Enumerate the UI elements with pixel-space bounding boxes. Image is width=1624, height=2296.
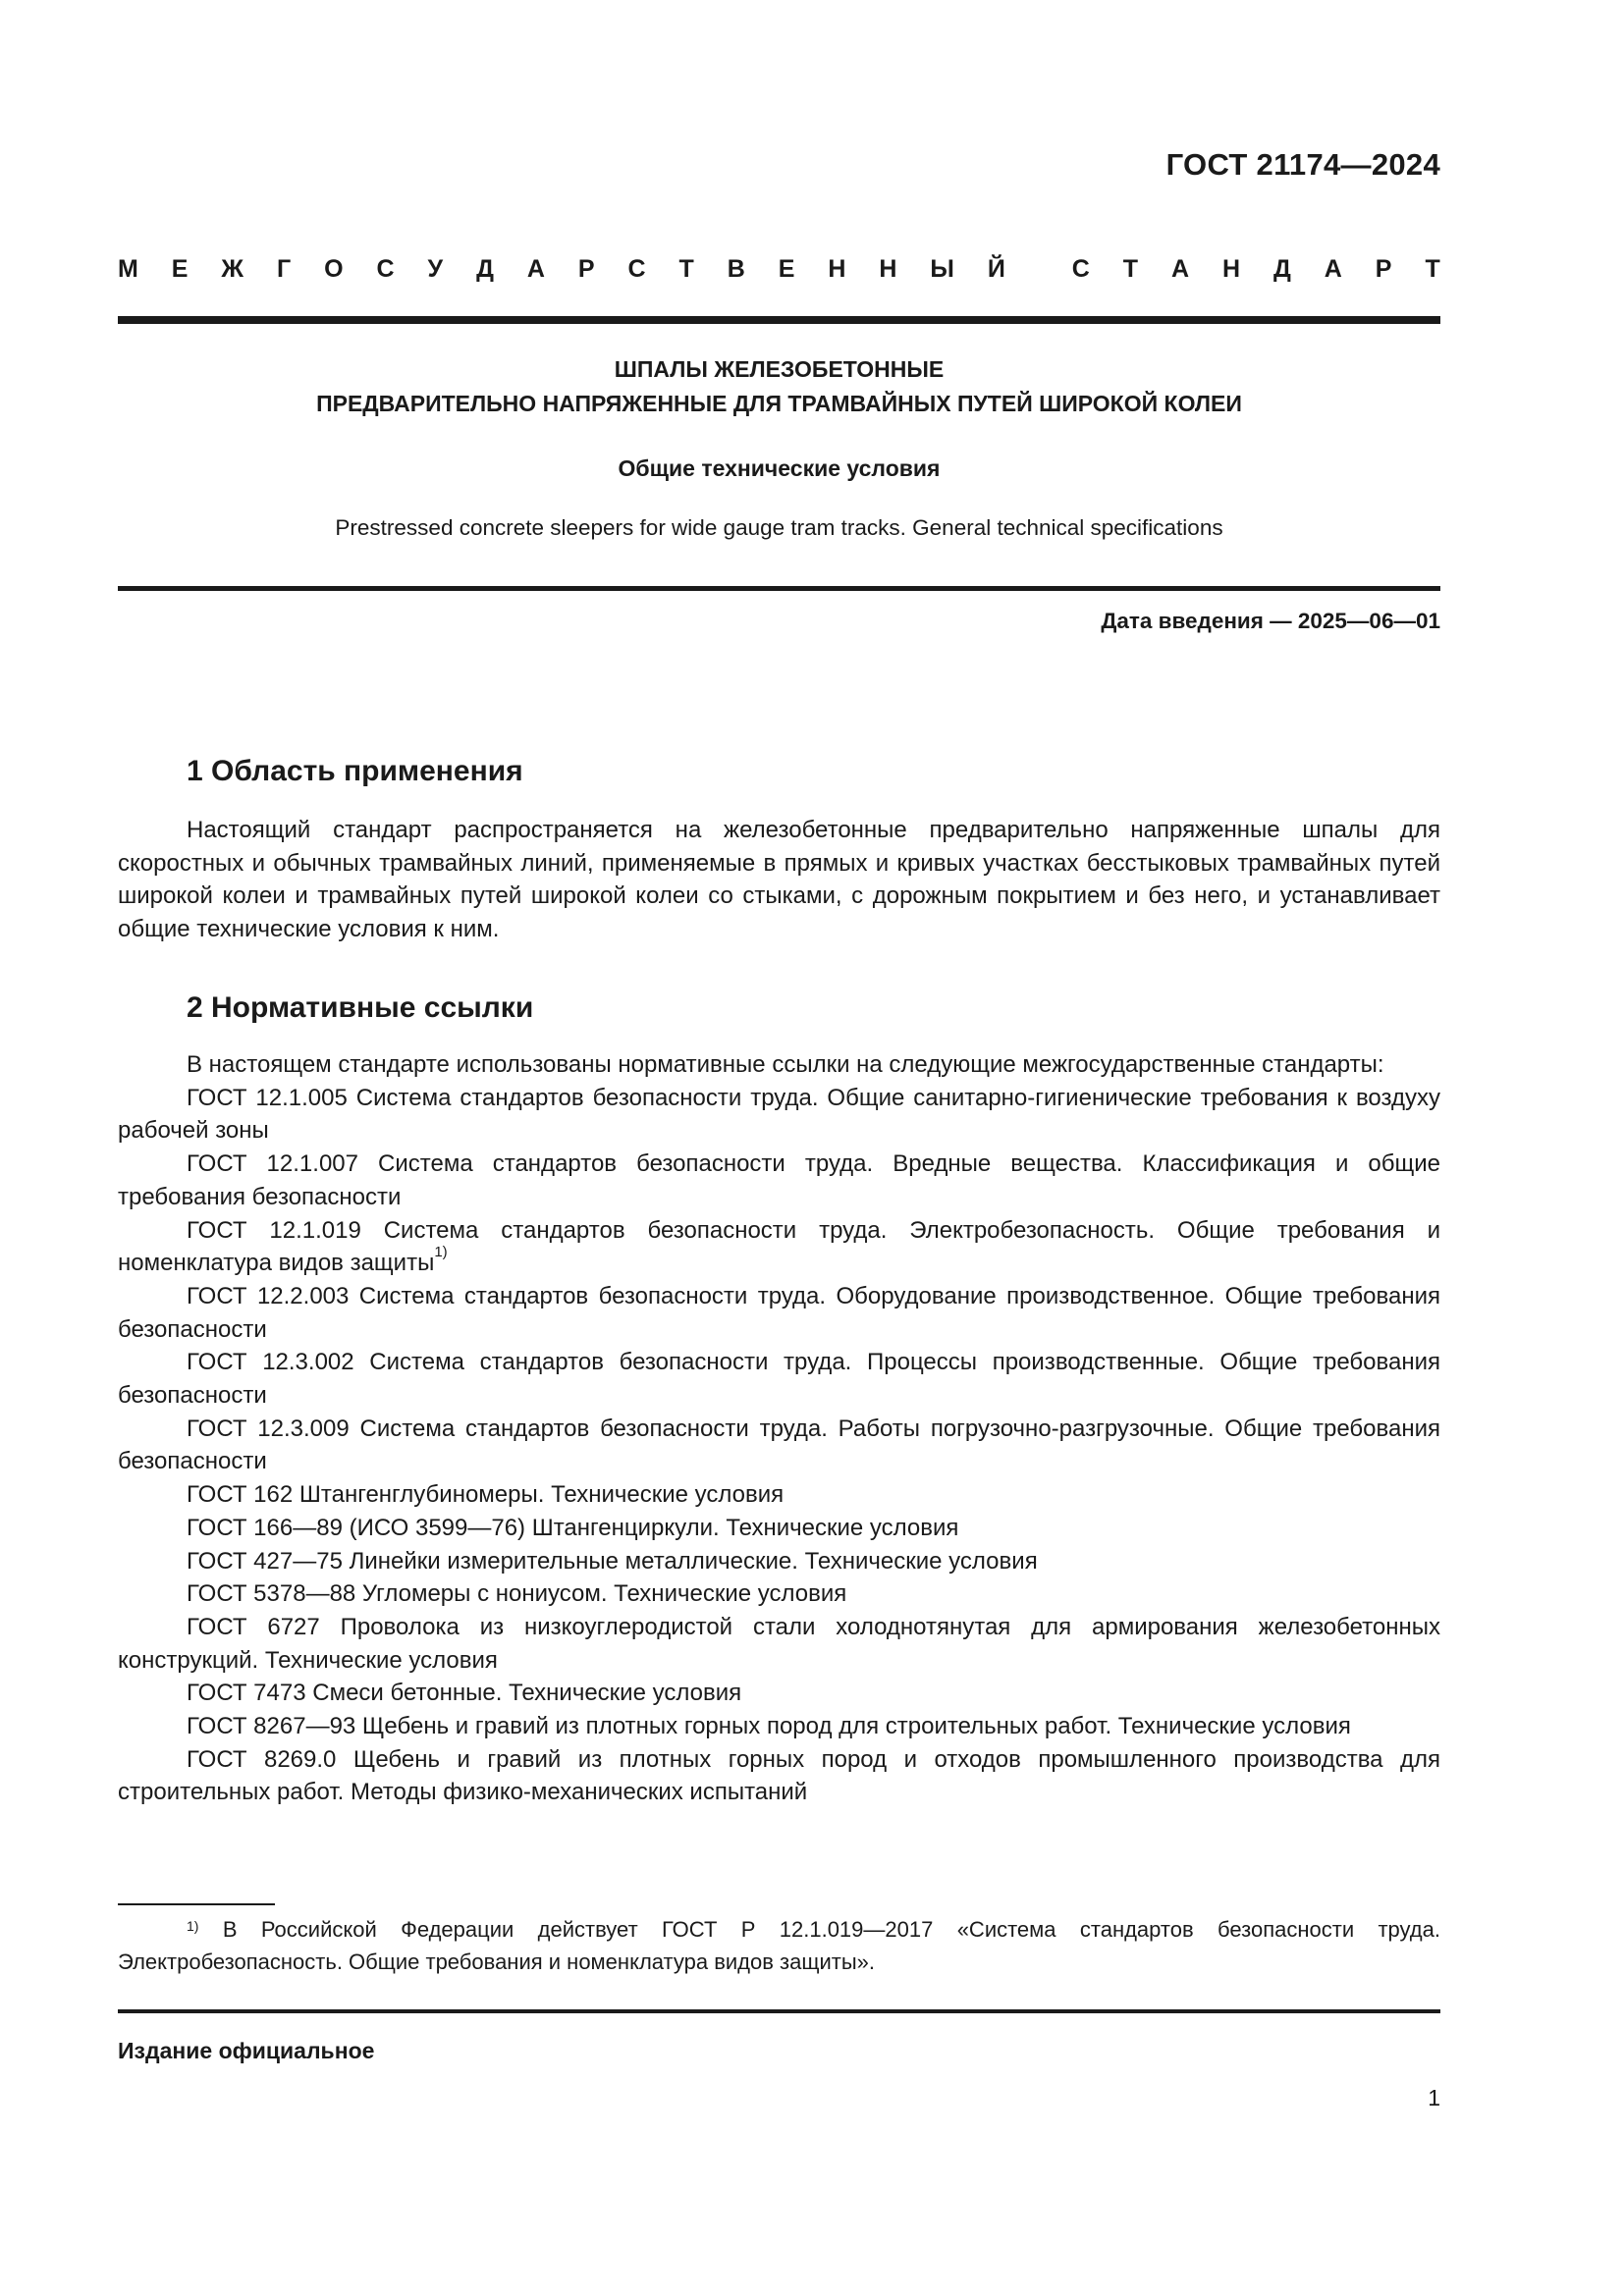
heading-letter: М <box>118 255 138 284</box>
reference-item: ГОСТ 12.1.019 Система стандартов безопас… <box>118 1214 1440 1280</box>
heading-letter: Т <box>1425 255 1439 284</box>
reference-text: ГОСТ 7473 Смеси бетонные. Технические ус… <box>187 1680 741 1706</box>
effective-date: Дата введения — 2025—06—01 <box>1101 609 1440 634</box>
reference-text: ГОСТ 12.2.003 Система стандартов безопас… <box>118 1283 1440 1343</box>
heading-letter: Д <box>476 255 494 284</box>
heading-letter: А <box>527 255 545 284</box>
heading-letter: Т <box>679 255 694 284</box>
heading-letter: Р <box>578 255 595 284</box>
english-title: Prestressed concrete sleepers for wide g… <box>118 515 1440 541</box>
title-line-2: ПРЕДВАРИТЕЛЬНО НАПРЯЖЕННЫЕ ДЛЯ ТРАМВАЙНЫ… <box>118 387 1440 421</box>
page-number: 1 <box>1428 2085 1440 2111</box>
heading-letter: Д <box>1273 255 1291 284</box>
document-subtitle: Общие технические условия <box>118 455 1440 482</box>
reference-item: ГОСТ 427—75 Линейки измерительные металл… <box>118 1545 1440 1578</box>
reference-item: ГОСТ 12.3.002 Система стандартов безопас… <box>118 1346 1440 1412</box>
reference-text: ГОСТ 12.3.009 Система стандартов безопас… <box>118 1415 1440 1475</box>
heading-letter: В <box>728 255 745 284</box>
document-number: ГОСТ 21174—2024 <box>1166 147 1440 183</box>
heading-letter: Н <box>879 255 896 284</box>
reference-item: ГОСТ 12.1.007 Система стандартов безопас… <box>118 1148 1440 1213</box>
reference-item: ГОСТ 8269.0 Щебень и гравий из плотных г… <box>118 1743 1440 1809</box>
heading-letter: Ж <box>221 255 244 284</box>
reference-text: ГОСТ 12.1.007 Система стандартов безопас… <box>118 1150 1440 1210</box>
heading-letter: Е <box>779 255 795 284</box>
heading-letter: О <box>324 255 343 284</box>
heading-letter: Й <box>988 255 1005 284</box>
section-2-body: В настоящем стандарте использованы норма… <box>118 1048 1440 1809</box>
heading-letter: А <box>1171 255 1189 284</box>
heading-letter: Н <box>828 255 845 284</box>
heading-letter: Т <box>1123 255 1138 284</box>
reference-text: ГОСТ 12.1.005 Система стандартов безопас… <box>118 1085 1440 1145</box>
reference-text: ГОСТ 6727 Проволока из низкоуглеродистой… <box>118 1614 1440 1674</box>
reference-text: ГОСТ 8267—93 Щебень и гравий из плотных … <box>187 1713 1351 1739</box>
footnote-text: В Российской Федерации действует ГОСТ Р … <box>118 1917 1440 1974</box>
reference-item: ГОСТ 7473 Смеси бетонные. Технические ус… <box>118 1677 1440 1710</box>
section-1-heading: 1 Область применения <box>187 755 523 788</box>
document-title: ШПАЛЫ ЖЕЛЕЗОБЕТОННЫЕ ПРЕДВАРИТЕЛЬНО НАПР… <box>118 352 1440 421</box>
reference-item: ГОСТ 12.1.005 Система стандартов безопас… <box>118 1082 1440 1148</box>
footer-rule <box>118 2009 1440 2013</box>
reference-text: ГОСТ 8269.0 Щебень и гравий из плотных г… <box>118 1746 1440 1806</box>
reference-item: ГОСТ 162 Штангенглубиномеры. Технические… <box>118 1478 1440 1512</box>
reference-item: ГОСТ 6727 Проволока из низкоуглеродистой… <box>118 1611 1440 1677</box>
section-1-paragraph: Настоящий стандарт распространяется на ж… <box>118 814 1440 946</box>
footnote-separator <box>118 1903 275 1905</box>
reference-text: ГОСТ 12.1.019 Система стандартов безопас… <box>118 1217 1440 1277</box>
footnote-marker: 1) <box>187 1918 198 1934</box>
heading-letter: А <box>1325 255 1342 284</box>
section-2-heading: 2 Нормативные ссылки <box>187 991 533 1025</box>
heading-letter: Н <box>1222 255 1240 284</box>
official-edition-label: Издание официальное <box>118 2038 374 2064</box>
heading-letter: С <box>1072 255 1090 284</box>
reference-item: ГОСТ 12.3.009 Система стандартов безопас… <box>118 1413 1440 1478</box>
heading-letter: Г <box>277 255 291 284</box>
title-line-1: ШПАЛЫ ЖЕЛЕЗОБЕТОННЫЕ <box>118 352 1440 387</box>
reference-item: ГОСТ 8267—93 Щебень и гравий из плотных … <box>118 1710 1440 1743</box>
footnote-reference[interactable]: 1) <box>434 1244 447 1260</box>
standard-type-heading: МЕЖГОСУДАРСТВЕННЫЙ СТАНДАРТ <box>118 255 1440 284</box>
reference-text: ГОСТ 5378—88 Угломеры с нониусом. Технич… <box>187 1580 846 1607</box>
reference-text: ГОСТ 166—89 (ИСО 3599—76) Штангенциркули… <box>187 1515 958 1541</box>
reference-item: ГОСТ 12.2.003 Система стандартов безопас… <box>118 1280 1440 1346</box>
heading-letter: Е <box>172 255 189 284</box>
title-rule <box>118 586 1440 591</box>
reference-item: ГОСТ 5378—88 Угломеры с нониусом. Технич… <box>118 1577 1440 1611</box>
footnote: 1) В Российской Федерации действует ГОСТ… <box>118 1913 1440 1978</box>
header-rule <box>118 316 1440 324</box>
heading-letter: С <box>377 255 395 284</box>
heading-letter: У <box>428 255 444 284</box>
section-1-body: Настоящий стандарт распространяется на ж… <box>118 814 1440 946</box>
section-2-intro: В настоящем стандарте использованы норма… <box>118 1048 1440 1082</box>
heading-letter: Ы <box>930 255 953 284</box>
reference-text: ГОСТ 12.3.002 Система стандартов безопас… <box>118 1349 1440 1409</box>
reference-item: ГОСТ 166—89 (ИСО 3599—76) Штангенциркули… <box>118 1512 1440 1545</box>
heading-letter: Р <box>1376 255 1392 284</box>
reference-text: ГОСТ 162 Штангенглубиномеры. Технические… <box>187 1481 784 1508</box>
heading-letter: С <box>627 255 645 284</box>
reference-text: ГОСТ 427—75 Линейки измерительные металл… <box>187 1548 1038 1575</box>
